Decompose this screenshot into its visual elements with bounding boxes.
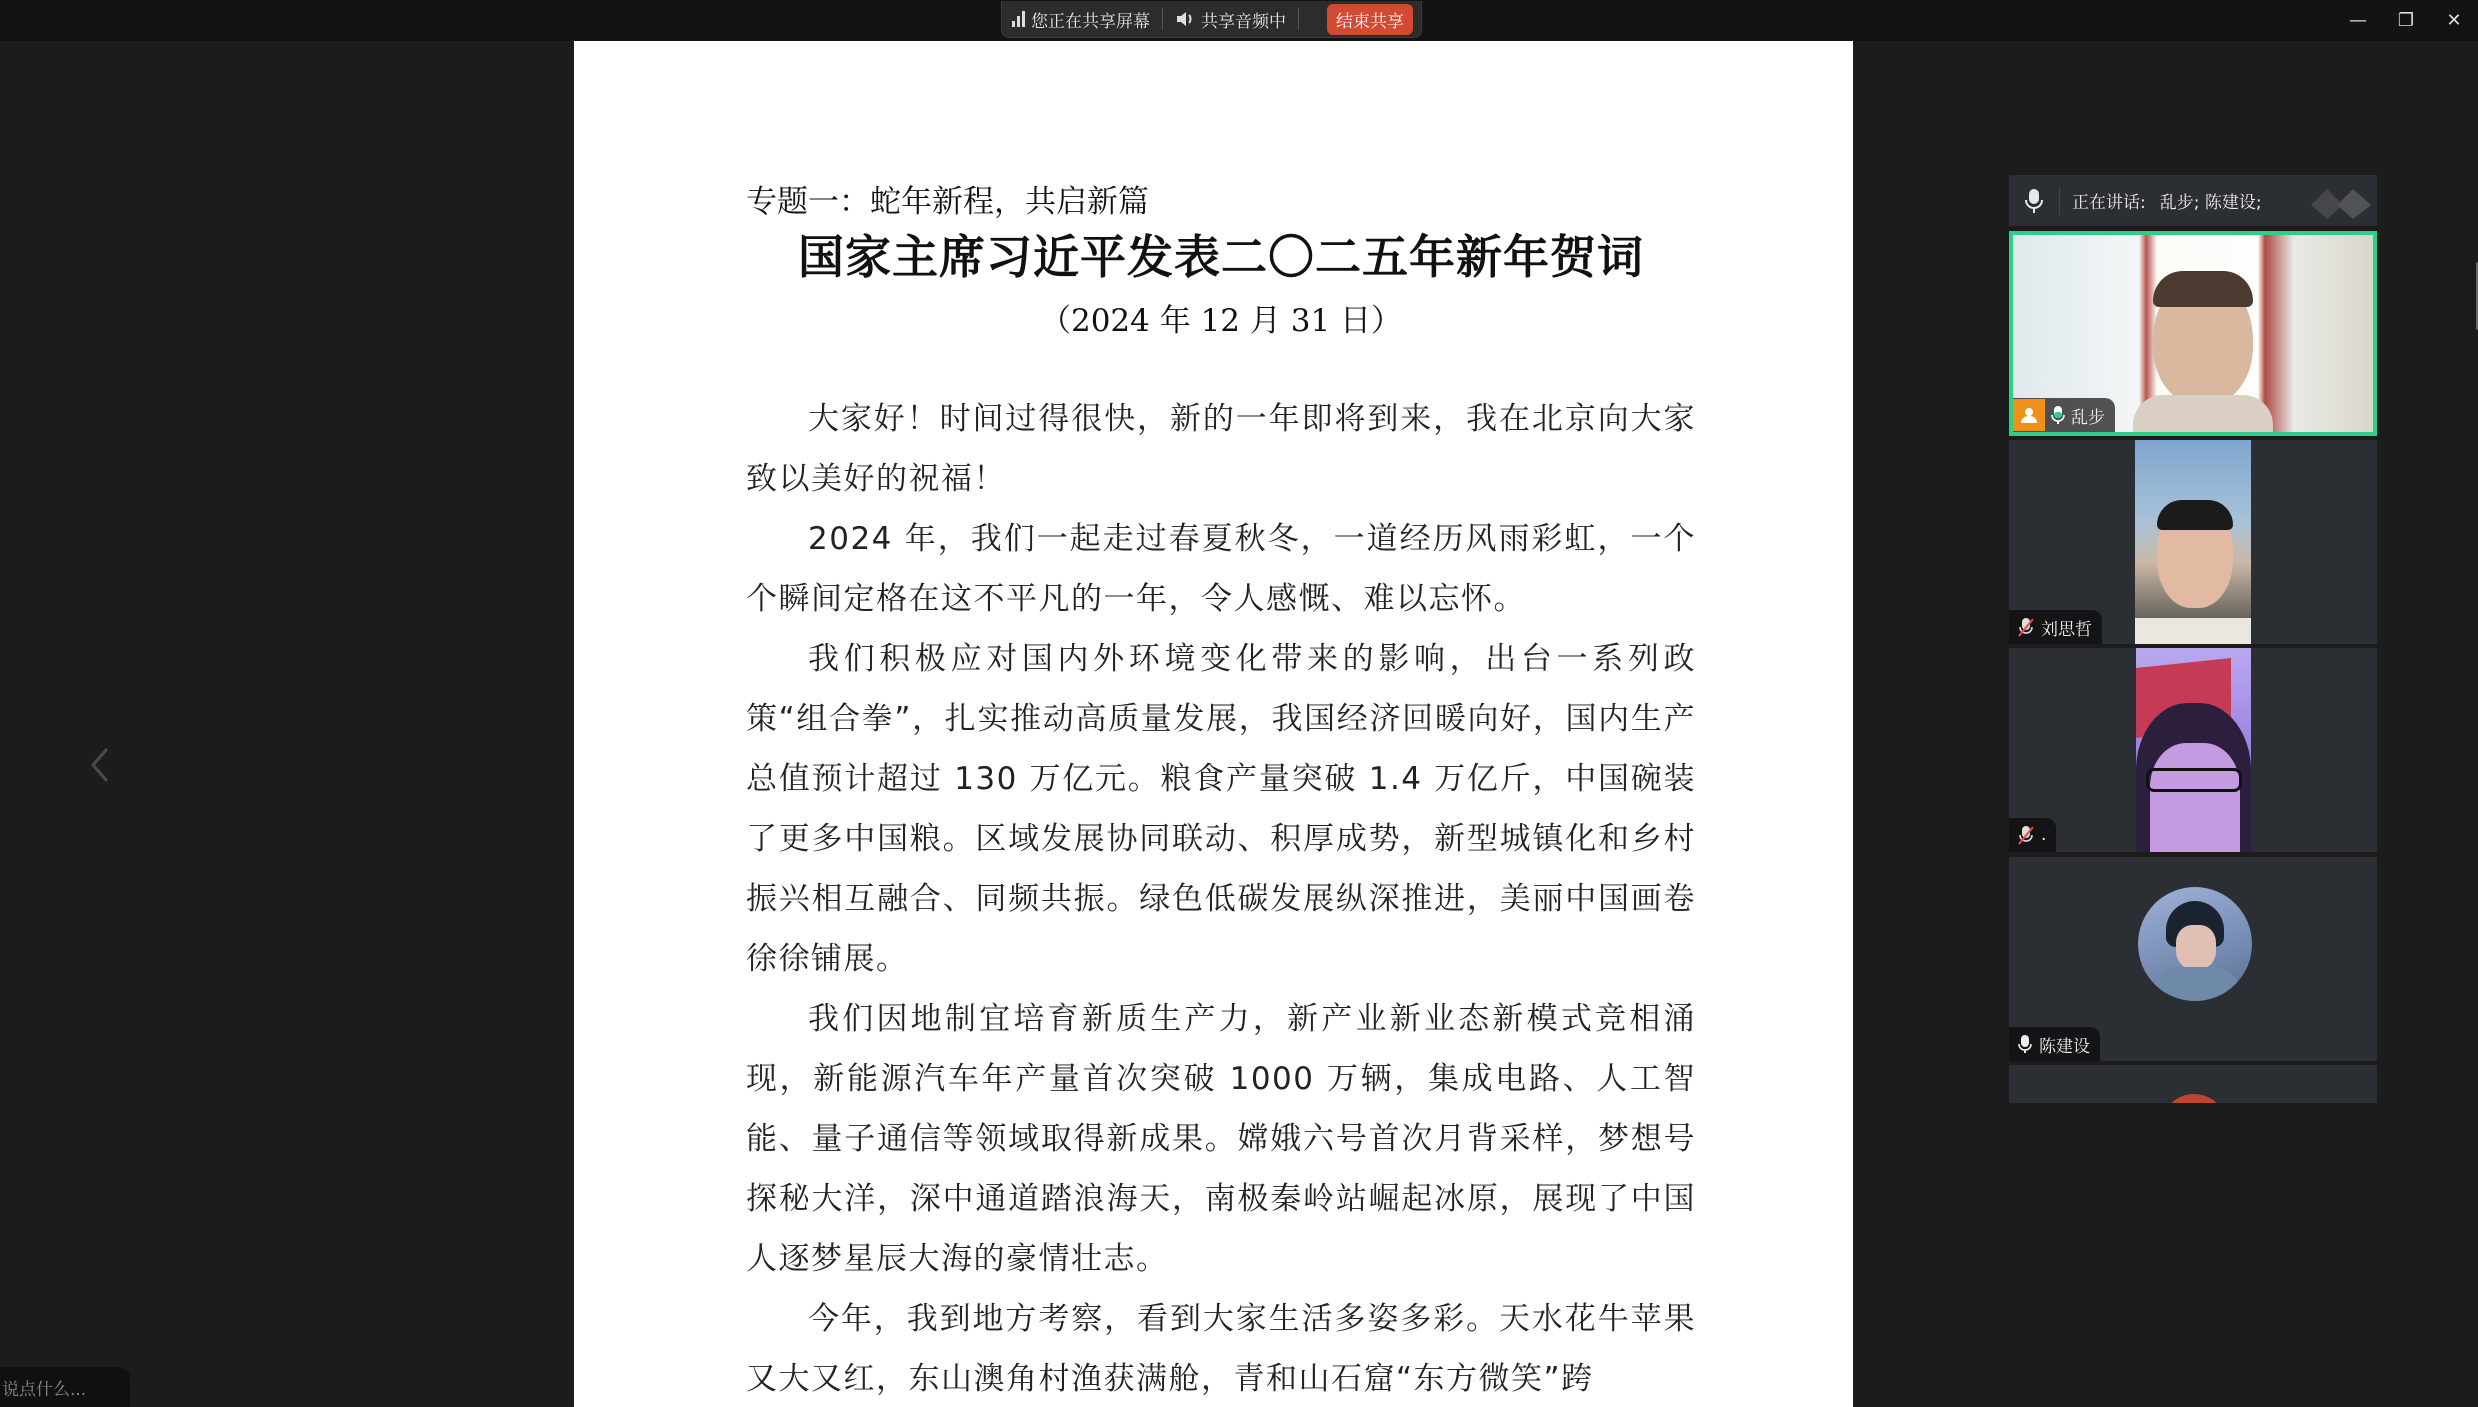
sharing-status-label: 您正在共享屏幕 <box>1031 7 1150 32</box>
participant-video-panel: 正在讲话: 乱步; 陈建设; 乱步 <box>2009 175 2377 1103</box>
speaking-names: 乱步; 陈建设; <box>2160 188 2262 213</box>
sharing-status: 您正在共享屏幕 <box>1012 7 1150 32</box>
shoulders <box>2152 967 2242 1001</box>
paragraph: 今年，我到地方考察，看到大家生活多姿多彩。天水花牛苹果又大又红，东山澳角村渔获满… <box>746 1289 1696 1407</box>
document-topic: 专题一：蛇年新程，共启新篇 <box>746 181 1696 223</box>
speaking-label: 正在讲话: <box>2072 188 2146 213</box>
restore-button[interactable]: ❐ <box>2382 0 2430 41</box>
document-body: 大家好！时间过得很快，新的一年即将到来，我在北京向大家致以美好的祝福！ 2024… <box>746 389 1696 1407</box>
hair <box>2153 271 2253 307</box>
title-bar: 您正在共享屏幕 共享音频中 结束共享 — ❐ ✕ <box>0 0 2478 41</box>
speaking-indicator: 正在讲话: 乱步; 陈建设; <box>2009 175 2377 226</box>
participant-avatar <box>2161 1094 2227 1103</box>
participant-name-tag: 陈建设 <box>2009 1027 2100 1061</box>
microphone-icon <box>2017 1034 2033 1054</box>
microphone-muted-icon <box>2017 617 2035 637</box>
minimize-button[interactable]: — <box>2334 0 2382 41</box>
participant-name: 乱步 <box>2071 403 2105 428</box>
chat-input[interactable]: 说点什么... <box>0 1367 130 1407</box>
participant-tile[interactable]: 乱步 <box>2009 231 2377 436</box>
divider <box>1162 8 1163 30</box>
participant-name: 刘思哲 <box>2041 615 2092 640</box>
participant-name-tag: 乱步 <box>2013 398 2115 432</box>
window-controls: — ❐ ✕ <box>2334 0 2478 41</box>
face <box>2176 925 2216 969</box>
microphone-active-icon <box>2051 405 2065 425</box>
participant-name: . <box>2041 825 2046 845</box>
participant-name-tag: 刘思哲 <box>2009 610 2102 644</box>
divider <box>2059 187 2060 215</box>
participant-name: 陈建设 <box>2039 1032 2090 1057</box>
shoulders <box>2133 395 2273 432</box>
microphone-muted-icon <box>2017 825 2035 845</box>
close-button[interactable]: ✕ <box>2430 0 2478 41</box>
hair <box>2157 500 2233 530</box>
shoulders <box>2135 618 2251 644</box>
speaker-icon <box>1175 10 1195 28</box>
participant-tile[interactable]: 陈建设 <box>2009 857 2377 1061</box>
participant-tile[interactable] <box>2009 1065 2377 1103</box>
paragraph: 2024 年，我们一起走过春夏秋冬，一道经历风雨彩虹，一个个瞬间定格在这不平凡的… <box>746 509 1696 629</box>
participant-avatar <box>2138 887 2252 1001</box>
person-silhouette <box>2150 743 2240 852</box>
document-date: （2024 年 12 月 31 日） <box>746 301 1696 341</box>
host-user-icon <box>2013 399 2045 431</box>
signal-bars-icon <box>1012 11 1025 27</box>
previous-page-button[interactable] <box>80 735 120 795</box>
paragraph: 大家好！时间过得很快，新的一年即将到来，我在北京向大家致以美好的祝福！ <box>746 389 1696 509</box>
chevron-left-icon <box>89 745 111 785</box>
document-title: 国家主席习近平发表二〇二五年新年贺词 <box>746 227 1696 287</box>
chat-placeholder: 说点什么... <box>2 1375 86 1400</box>
participant-name-tag: . <box>2009 818 2056 852</box>
glasses <box>2146 768 2242 792</box>
paragraph: 我们积极应对国内外环境变化带来的影响，出台一系列政策“组合拳”，扎实推动高质量发… <box>746 629 1696 989</box>
participant-video <box>2135 440 2251 644</box>
document-content: 专题一：蛇年新程，共启新篇 国家主席习近平发表二〇二五年新年贺词 （2024 年… <box>746 181 1696 1407</box>
participant-tile[interactable]: 刘思哲 <box>2009 440 2377 644</box>
microphone-icon <box>2025 188 2043 214</box>
minimize-icon: — <box>2349 10 2367 31</box>
end-share-button[interactable]: 结束共享 <box>1327 4 1413 35</box>
restore-icon: ❐ <box>2398 10 2414 31</box>
audio-share-label: 共享音频中 <box>1201 7 1286 32</box>
paragraph: 我们因地制宜培育新质生产力，新产业新业态新模式竞相涌现，新能源汽车年产量首次突破… <box>746 989 1696 1289</box>
divider <box>1298 8 1299 30</box>
shared-document-page: 专题一：蛇年新程，共启新篇 国家主席习近平发表二〇二五年新年贺词 （2024 年… <box>574 41 1853 1407</box>
participant-tile[interactable]: . <box>2009 648 2377 852</box>
audio-share-status[interactable]: 共享音频中 <box>1175 7 1286 32</box>
screen-share-toolbar: 您正在共享屏幕 共享音频中 结束共享 <box>1001 1 1422 38</box>
mic-icon-wrap <box>2009 188 2059 214</box>
app-logo-icon <box>2309 185 2373 219</box>
participant-video <box>2136 648 2251 852</box>
close-icon: ✕ <box>2446 10 2461 31</box>
